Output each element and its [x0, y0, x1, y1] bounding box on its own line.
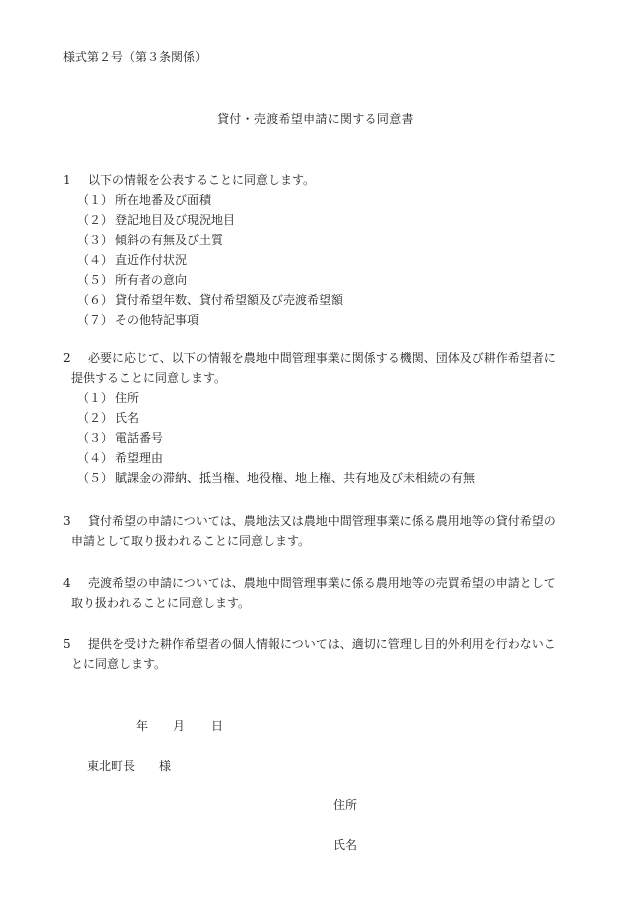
list-item: （５）所有者の意向 — [63, 272, 343, 292]
date-month-label: 月 — [173, 718, 185, 734]
section-3: 3貸付希望の申請については、農地法又は農地中間管理事業に係る農用地等の貸付希望の… — [63, 513, 556, 553]
section-2: 2必要に応じて、以下の情報を農地中間管理事業に関係する機関、団体及び耕作希望者に… — [63, 350, 556, 490]
section-number: 5 — [63, 636, 88, 652]
list-item: （５）賦課金の滞納、抵当権、地役権、地上権、共有地及び未相続の有無 — [63, 470, 556, 490]
section-number: 4 — [63, 575, 88, 591]
addressee-name: 東北町長 — [87, 759, 135, 773]
section-text-cont: とに同意します。 — [63, 656, 556, 676]
address-label: 住所 — [333, 797, 357, 813]
form-number: 様式第２号（第３条関係） — [63, 49, 207, 65]
list-item: （４）希望理由 — [63, 450, 556, 470]
section-text: 以下の情報を公表することに同意します。 — [88, 173, 315, 187]
list-item: （３）電話番号 — [63, 430, 556, 450]
document-title: 貸付・売渡希望申請に関する同意書 — [217, 111, 414, 127]
addressee-honorific: 様 — [159, 759, 171, 773]
list-item: （１）住所 — [63, 390, 556, 410]
list-item: （４）直近作付状況 — [63, 252, 343, 272]
section-text: 必要に応じて、以下の情報を農地中間管理事業に関係する機関、団体及び耕作希望者に — [88, 351, 556, 365]
section-text-cont: 提供することに同意します。 — [63, 370, 556, 390]
date-year-label: 年 — [136, 718, 148, 734]
list-item: （７）その他特記事項 — [63, 312, 343, 332]
section-number: 1 — [63, 172, 88, 188]
date-day-label: 日 — [211, 718, 223, 734]
list-item: （６）貸付希望年数、貸付希望額及び売渡希望額 — [63, 292, 343, 312]
list-item: （２）氏名 — [63, 410, 556, 430]
list-item: （１）所在地番及び面積 — [63, 192, 343, 212]
section-text-cont: 取り扱われることに同意します。 — [63, 595, 556, 615]
section-number: 2 — [63, 350, 88, 366]
section-4: 4売渡希望の申請については、農地中間管理事業に係る農用地等の売買希望の申請として… — [63, 575, 556, 615]
section-text: 売渡希望の申請については、農地中間管理事業に係る農用地等の売買希望の申請として — [88, 576, 556, 590]
section-text: 貸付希望の申請については、農地法又は農地中間管理事業に係る農用地等の貸付希望の — [88, 514, 556, 528]
list-item: （２）登記地目及び現況地目 — [63, 212, 343, 232]
addressee: 東北町長様 — [87, 758, 171, 774]
section-text-cont: 申請として取り扱われることに同意します。 — [63, 533, 556, 553]
list-item: （３）傾斜の有無及び土質 — [63, 232, 343, 252]
section-text: 提供を受けた耕作希望者の個人情報については、適切に管理し目的外利用を行わないこ — [88, 637, 556, 651]
section-number: 3 — [63, 513, 88, 529]
section-1: 1以下の情報を公表することに同意します。 （１）所在地番及び面積 （２）登記地目… — [63, 172, 343, 332]
section-5: 5提供を受けた耕作希望者の個人情報については、適切に管理し目的外利用を行わないこ… — [63, 636, 556, 676]
name-label: 氏名 — [333, 837, 357, 853]
